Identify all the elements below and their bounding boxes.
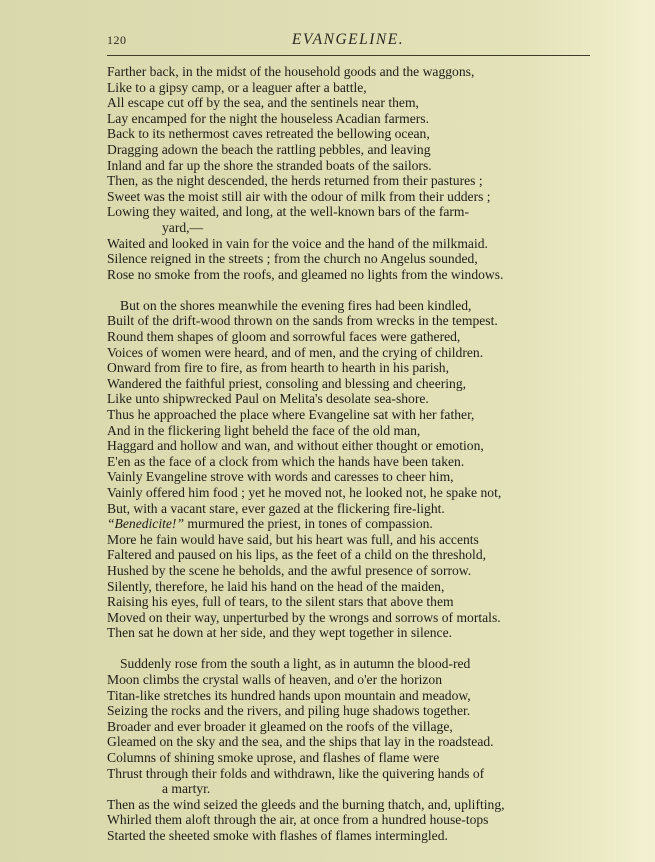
verse-line: Titan-like stretches its hundred hands u… xyxy=(107,688,627,704)
verse-line: Waited and looked in vain for the voice … xyxy=(107,236,627,252)
verse-line: Gleamed on the sky and the sea, and the … xyxy=(107,734,627,750)
verse-line: Silence reigned in the streets ; from th… xyxy=(107,251,627,267)
page-header: 120 EVANGELINE. xyxy=(107,31,589,51)
stanza-2: But on the shores meanwhile the evening … xyxy=(107,298,627,641)
verse-line: More he fain would have said, but his he… xyxy=(107,532,627,548)
verse-line: Columns of shining smoke uprose, and fla… xyxy=(107,750,627,766)
verse-line: Round them shapes of gloom and sorrowful… xyxy=(107,329,627,345)
verse-line: Farther back, in the midst of the househ… xyxy=(107,64,627,80)
verse-line: Wandered the faithful priest, consoling … xyxy=(107,376,627,392)
verse-line: Then sat he down at her side, and they w… xyxy=(107,625,627,641)
verse-line: Inland and far up the shore the stranded… xyxy=(107,158,627,174)
verse-line: Then, as the night descended, the herds … xyxy=(107,173,627,189)
verse-line: Whirled them aloft through the air, at o… xyxy=(107,812,627,828)
poem-body: Farther back, in the midst of the househ… xyxy=(107,64,627,859)
verse-line: Broader and ever broader it gleamed on t… xyxy=(107,719,627,735)
verse-line: Like unto shipwrecked Paul on Melita's d… xyxy=(107,391,627,407)
verse-line: Back to its nethermost caves retreated t… xyxy=(107,126,627,142)
verse-line-turnover: a martyr. xyxy=(107,781,627,797)
verse-line: Vainly offered him food ; yet he moved n… xyxy=(107,485,627,501)
benedicite-italic: “Benedicite!” xyxy=(107,516,184,531)
verse-line: Sweet was the moist still air with the o… xyxy=(107,189,627,205)
verse-line: Rose no smoke from the roofs, and gleame… xyxy=(107,267,627,283)
verse-line: Raising his eyes, full of tears, to the … xyxy=(107,594,627,610)
verse-line: Voices of women were heard, and of men, … xyxy=(107,345,627,361)
verse-line: Started the sheeted smoke with flashes o… xyxy=(107,828,627,844)
verse-line: Vainly Evangeline strove with words and … xyxy=(107,469,627,485)
verse-line: Dragging adown the beach the rattling pe… xyxy=(107,142,627,158)
running-title: EVANGELINE. xyxy=(107,31,589,49)
verse-line: But on the shores meanwhile the evening … xyxy=(107,298,627,314)
verse-line: Thrust through their folds and withdrawn… xyxy=(107,766,627,782)
verse-line: And in the flickering light beheld the f… xyxy=(107,423,627,439)
verse-line: Suddenly rose from the south a light, as… xyxy=(107,656,627,672)
verse-line: Moon climbs the crystal walls of heaven,… xyxy=(107,672,627,688)
verse-line: Silently, therefore, he laid his hand on… xyxy=(107,579,627,595)
verse-line: Hushed by the scene he beholds, and the … xyxy=(107,563,627,579)
verse-line: Lay encamped for the night the houseless… xyxy=(107,111,627,127)
verse-line: Lowing they waited, and long, at the wel… xyxy=(107,204,627,220)
verse-line: Thus he approached the place where Evang… xyxy=(107,407,627,423)
verse-line: All escape cut off by the sea, and the s… xyxy=(107,95,627,111)
verse-line: Onward from fire to fire, as from hearth… xyxy=(107,360,627,376)
verse-line: Seizing the rocks and the rivers, and pi… xyxy=(107,703,627,719)
stanza-1: Farther back, in the midst of the househ… xyxy=(107,64,627,282)
verse-line: Haggard and hollow and wan, and without … xyxy=(107,438,627,454)
book-page: 120 EVANGELINE. Farther back, in the mid… xyxy=(0,0,655,862)
header-rule xyxy=(107,55,590,56)
verse-line: E'en as the face of a clock from which t… xyxy=(107,454,627,470)
stanza-3: Suddenly rose from the south a light, as… xyxy=(107,656,627,843)
verse-line: Then as the wind seized the gleeds and t… xyxy=(107,797,627,813)
verse-line: Built of the drift-wood thrown on the sa… xyxy=(107,313,627,329)
verse-line: Moved on their way, unperturbed by the w… xyxy=(107,610,627,626)
verse-line-turnover: yard,— xyxy=(107,220,627,236)
verse-line-rest: murmured the priest, in tones of compass… xyxy=(184,516,433,531)
verse-line: Like to a gipsy camp, or a leaguer after… xyxy=(107,80,627,96)
verse-line: “Benedicite!” murmured the priest, in to… xyxy=(107,516,627,532)
verse-line: Faltered and paused on his lips, as the … xyxy=(107,547,627,563)
verse-line: But, with a vacant stare, ever gazed at … xyxy=(107,501,627,517)
